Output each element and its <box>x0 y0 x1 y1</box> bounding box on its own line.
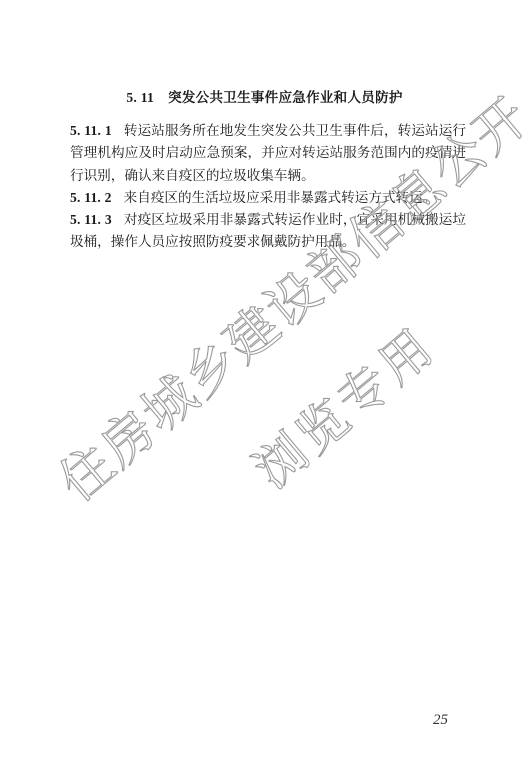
section-title-text: 突发公共卫生事件应急作业和人员防护 <box>168 90 403 106</box>
clause-text: 转运站服务所在地发生突发公共卫生事件后，转运站运行管理机构应及时启动应急预案，并… <box>70 123 466 184</box>
clause-5-11-2: 5. 11. 2来自疫区的生活垃圾应采用非暴露式转运方式转运。 <box>70 187 466 209</box>
section-number: 5. 11 <box>126 90 154 105</box>
document-page: 5. 11突发公共卫生事件应急作业和人员防护 5. 11. 1转运站服务所在地发… <box>0 0 529 767</box>
clause-number: 5. 11. 3 <box>70 212 112 227</box>
page-number: 25 <box>433 712 448 729</box>
clause-number: 5. 11. 1 <box>70 123 112 138</box>
clause-5-11-1: 5. 11. 1转运站服务所在地发生突发公共卫生事件后，转运站运行管理机构应及时… <box>70 120 466 187</box>
clause-5-11-3: 5. 11. 3对疫区垃圾采用非暴露式转运作业时，宜采用机械搬运垃圾桶，操作人员… <box>70 209 466 254</box>
section-heading: 5. 11突发公共卫生事件应急作业和人员防护 <box>0 86 529 106</box>
clause-text: 来自疫区的生活垃圾应采用非暴露式转运方式转运。 <box>124 190 437 206</box>
clause-number: 5. 11. 2 <box>70 190 112 205</box>
section-body: 5. 11. 1转运站服务所在地发生突发公共卫生事件后，转运站运行管理机构应及时… <box>70 120 466 254</box>
watermark-browse-only: 浏览专用 <box>237 308 449 502</box>
clause-text: 对疫区垃圾采用非暴露式转运作业时，宜采用机械搬运垃圾桶，操作人员应按照防疫要求佩… <box>70 212 466 250</box>
